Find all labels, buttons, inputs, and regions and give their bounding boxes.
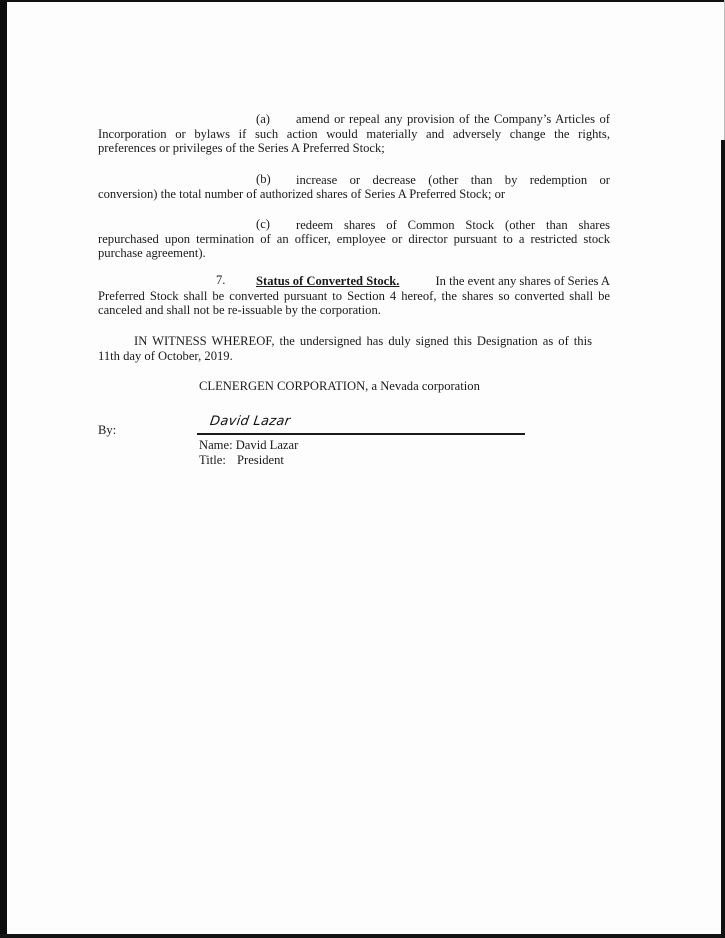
signer-title-label: Title: <box>199 453 226 467</box>
witness-line-1: IN WITNESS WHEREOF, the undersigned has … <box>134 334 592 348</box>
clause-c-line-2: repurchased upon termination of an offic… <box>98 232 610 246</box>
clause-b-line-2: conversion) the total number of authoriz… <box>98 187 610 201</box>
section-7-body: Preferred Stock shall be converted pursu… <box>98 289 610 318</box>
clause-a-marker: (a) <box>256 112 270 126</box>
clause-b-body: conversion) the total number of authoriz… <box>98 187 610 201</box>
clause-c-line-3: purchase agreement). <box>98 246 610 260</box>
clause-a-line-3: preferences or privileges of the Series … <box>98 141 610 155</box>
scan-border-right <box>721 140 725 938</box>
clause-c-body: repurchased upon termination of an offic… <box>98 232 610 261</box>
clause-a-body: Incorporation or bylaws if such action w… <box>98 127 610 156</box>
company-line: CLENERGEN CORPORATION, a Nevada corporat… <box>199 379 480 393</box>
section-7-heading: Status of Converted Stock. <box>256 274 399 288</box>
section-7-line-2: Preferred Stock shall be converted pursu… <box>98 289 610 303</box>
section-7-first-line-rest: In the event any shares of Series A <box>435 274 610 288</box>
by-label: By: <box>98 423 116 437</box>
clause-b-marker: (b) <box>256 172 271 186</box>
clause-a-first-line: amend or repeal any provision of the Com… <box>296 112 610 126</box>
section-7-number: 7. <box>216 273 225 287</box>
scan-border-bottom <box>0 934 725 938</box>
clause-b-first-line: increase or decrease (other than by rede… <box>296 173 610 187</box>
signer-title: President <box>237 453 284 467</box>
document-page: (a) amend or repeal any provision of the… <box>0 0 725 938</box>
signature-line <box>197 433 525 435</box>
signer-name: Name: David Lazar <box>199 438 298 452</box>
signature: David Lazar <box>209 414 291 429</box>
witness-line-2: 11th day of October, 2019. <box>98 349 233 363</box>
clause-c-marker: (c) <box>256 217 270 231</box>
section-7-first-line: Status of Converted Stock. In the event … <box>256 274 610 288</box>
section-7-line-3: canceled and shall not be re-issuable by… <box>98 303 610 317</box>
scan-border-top <box>0 0 725 2</box>
clause-a-line-2: Incorporation or bylaws if such action w… <box>98 127 610 141</box>
clause-c-first-line: redeem shares of Common Stock (other tha… <box>296 218 610 232</box>
scan-border-left <box>0 0 7 938</box>
